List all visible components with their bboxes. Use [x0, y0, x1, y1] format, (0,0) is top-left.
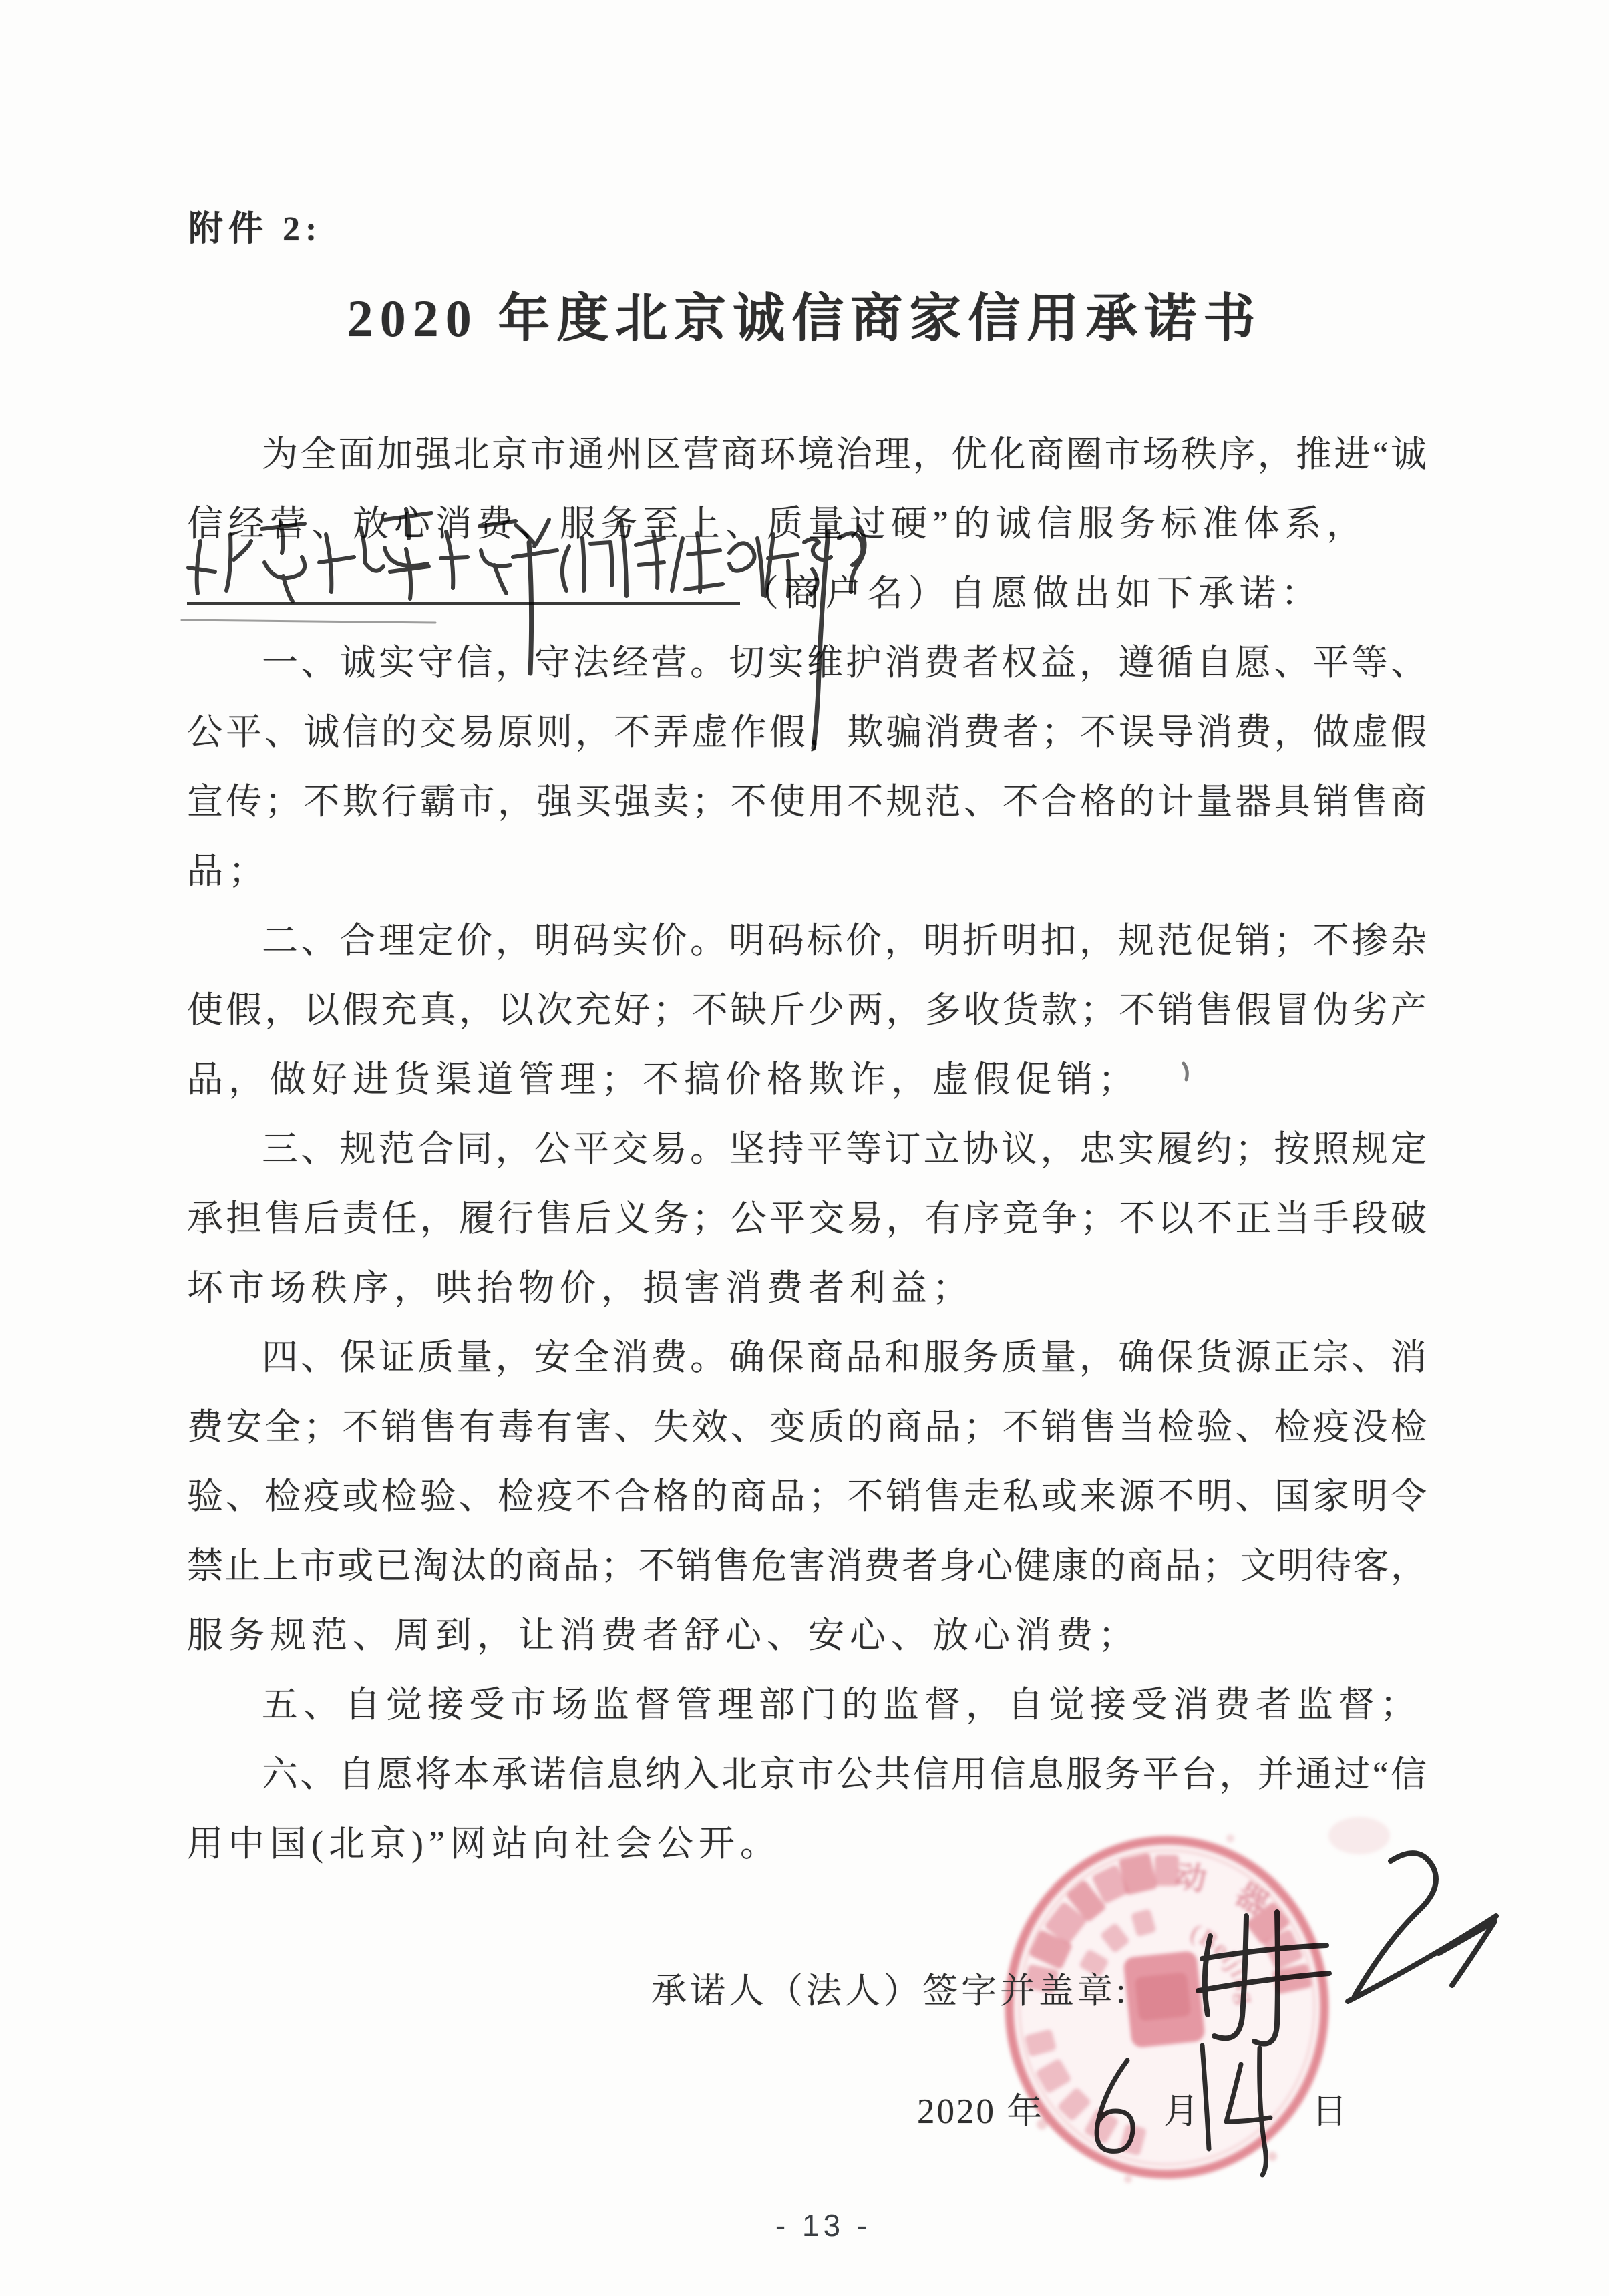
body-line-text: 宣传；不欺行霸市，强买强卖；不使用不规范、不合格的计量器具销售商 [187, 782, 1427, 822]
svg-text:(Beijing: (Beijing [1187, 1919, 1260, 2007]
body-line-text: 费安全；不销售有毒有害、失效、变质的商品；不销售当检验、检疫没检 [187, 1407, 1427, 1447]
body-line-text: 坏市场秩序，哄抬物价，损害消费者利益； [187, 1268, 974, 1308]
attachment-label: 附件 2: [188, 200, 322, 251]
body-line-text: （商户名）自愿做出如下承诺： [743, 573, 1322, 613]
body-line: 宣传；不欺行霸市，强买强卖；不使用不规范、不合格的计量器具销售商 [187, 767, 1427, 836]
handwritten-date-month-6 [1097, 2060, 1133, 2151]
body-line-text: 五、自觉接受市场监督管理部门的监督，自觉接受消费者监督； [262, 1685, 1421, 1725]
body-line: 三、规范合同，公平交易。坚持平等订立协议，忠实履约；按照规定 [187, 1114, 1427, 1184]
body-line: 公平、诚信的交易原则，不弄虚作假，欺骗消费者；不误导消费，做虚假 [187, 697, 1427, 767]
page-title: 2020 年度北京诚信商家信用承诺书 [0, 277, 1609, 351]
body-line: 验、检疫或检验、检疫不合格的商品；不销售走私或来源不明、国家明令 [187, 1462, 1427, 1531]
body-line: 使假，以假充真，以次充好；不缺斤少两，多收货款；不销售假冒伪劣产 [187, 975, 1427, 1045]
date-day-printed: 日 [1312, 2083, 1349, 2134]
signature-line-label: 承诺人（法人）签字并盖章: [651, 1963, 1129, 2013]
seal-latin-arc-text: (Beijing [1187, 1919, 1260, 2007]
body-line: 用中国(北京)”网站向社会公开。 [187, 1809, 1427, 1878]
body-line: 品，做好进货渠道管理；不搞价格欺诈，虚假促销； [187, 1045, 1427, 1114]
body-line: 品； [187, 836, 1427, 906]
body-line: 五、自觉接受市场监督管理部门的监督，自觉接受消费者监督； [187, 1670, 1427, 1740]
body-line-text: 品，做好进货渠道管理；不搞价格欺诈，虚假促销； [187, 1059, 1139, 1100]
body-line-text: 二、合理定价，明码实价。明码标价，明折明扣，规范促销；不掺杂 [262, 921, 1427, 961]
page-number: - 13 - [19, 2207, 1609, 2243]
body-line: 服务规范、周到，让消费者舒心、安心、放心消费； [187, 1601, 1427, 1670]
date-year-printed: 2020 年 [917, 2083, 1044, 2134]
body-line: 一、诚实守信，守法经营。切实维护消费者权益，遵循自愿、平等、 [187, 628, 1427, 697]
body-line: 承担售后责任，履行售后义务；公平交易，有序竞争；不以不正当手段破 [187, 1184, 1427, 1253]
body-line-text: 六、自愿将本承诺信息纳入北京市公共信用信息服务平台，并通过“信 [262, 1754, 1427, 1794]
seal-center-emblem [1123, 1951, 1206, 2049]
body-line: 二、合理定价，明码实价。明码标价，明折明扣，规范促销；不掺杂 [187, 906, 1427, 975]
body-line-text: 服务规范、周到，让消费者舒心、安心、放心消费； [187, 1615, 1139, 1655]
body-line: 信经营、放心消费、服务至上、质量过硬”的诚信服务标准体系， [187, 489, 1427, 558]
body-line-text: 公平、诚信的交易原则，不弄虚作假，欺骗消费者；不误导消费，做虚假 [187, 712, 1427, 752]
date-month-printed: 月 [1164, 2083, 1201, 2134]
body-line: 四、保证质量，安全消费。确保商品和服务质量，确保货源正宗、消 [187, 1323, 1427, 1392]
body-text: 为全面加强北京市通州区营商环境治理，优化商圈市场秩序，推进“诚信经营、放心消费、… [187, 420, 1427, 1878]
body-line-text: 信经营、放心消费、服务至上、质量过硬”的诚信服务标准体系， [187, 504, 1368, 544]
body-line: 费安全；不销售有毒有害、失效、变质的商品；不销售当检验、检疫没检 [187, 1392, 1427, 1462]
seal-ring-char: 器 [1230, 1876, 1274, 1922]
body-line-text: 验、检疫或检验、检疫不合格的商品；不销售走私或来源不明、国家明令 [187, 1476, 1427, 1516]
body-line: 坏市场秩序，哄抬物价，损害消费者利益； [187, 1253, 1427, 1323]
body-line-text: 为全面加强北京市通州区营商环境治理，优化商圈市场秩序，推进“诚 [262, 434, 1427, 474]
document-page: 动 器 (Beijing 附件 2: 2020 年度北京诚信商家信用承诺书 为全… [0, 0, 1609, 2296]
body-line-text: 承担售后责任，履行售后义务；公平交易，有序竞争；不以不正当手段破 [187, 1198, 1427, 1239]
body-line-text: 禁止上市或已淘汰的商品；不销售危害消费者身心健康的商品；文明待客， [187, 1546, 1427, 1586]
body-line-text: 四、保证质量，安全消费。确保商品和服务质量，确保货源正宗、消 [262, 1337, 1427, 1377]
body-line: （商户名）自愿做出如下承诺： [187, 558, 1427, 628]
body-line-text: 三、规范合同，公平交易。坚持平等订立协议，忠实履约；按照规定 [262, 1129, 1427, 1169]
handwritten-date-day-14 [1202, 2045, 1270, 2175]
body-line: 禁止上市或已淘汰的商品；不销售危害消费者身心健康的商品；文明待客， [187, 1531, 1427, 1601]
body-line-text: 使假，以假充真，以次充好；不缺斤少两，多收货款；不销售假冒伪劣产 [187, 990, 1427, 1030]
handwritten-signature [1198, 1853, 1496, 2044]
body-line: 为全面加强北京市通州区营商环境治理，优化商圈市场秩序，推进“诚 [187, 420, 1427, 489]
body-line-text: 一、诚实守信，守法经营。切实维护消费者权益，遵循自愿、平等、 [262, 643, 1427, 683]
body-line: 六、自愿将本承诺信息纳入北京市公共信用信息服务平台，并通过“信 [187, 1740, 1427, 1809]
body-line-text: 品； [187, 851, 270, 891]
merchant-name-blank-underline [187, 595, 740, 605]
body-line-text: 用中国(北京)”网站向社会公开。 [187, 1824, 781, 1864]
